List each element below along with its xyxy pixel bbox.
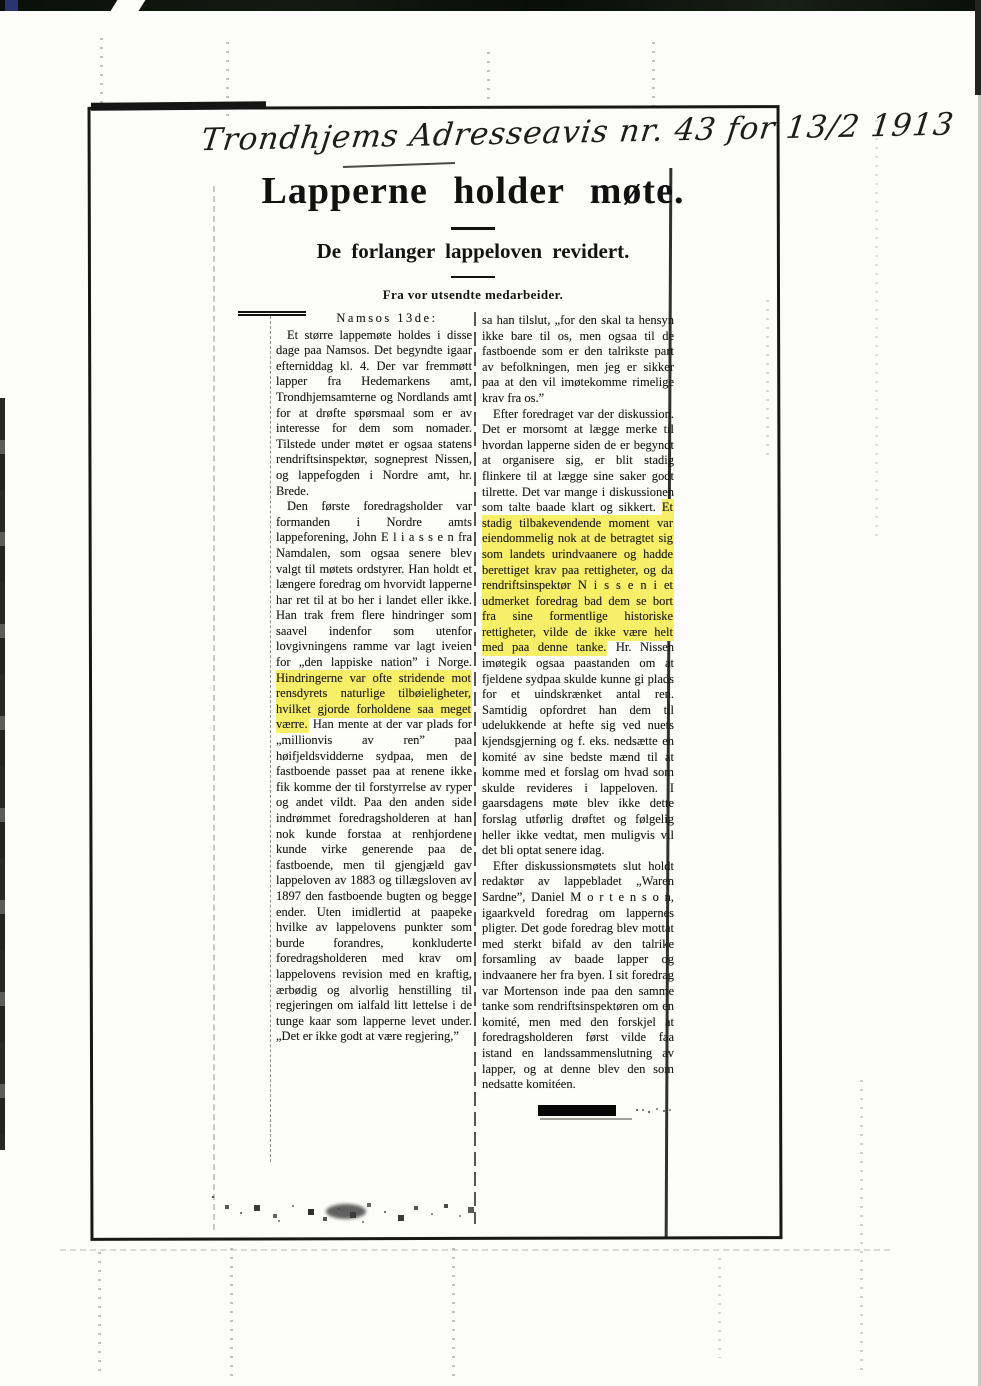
scan-dashed-line-bottom	[60, 1249, 890, 1251]
paragraph-text: Den første foredragsholder var formanden…	[276, 499, 472, 669]
scan-edge-bar-top	[0, 0, 981, 11]
article-column-right: sa han tilslut, „for den skal ta hensyn …	[482, 313, 674, 1123]
redaction-row	[538, 1105, 674, 1123]
scan-speckle-trail	[98, 1252, 101, 1377]
scan-speckle-trail	[718, 1258, 721, 1358]
scan-speckle-trail	[230, 1248, 233, 1380]
paragraph-text: Hr. Nissen imøtegik ogsaa paastanden om …	[482, 640, 674, 857]
paragraph-text: sa han tilslut, „for den skal ta hensyn …	[482, 313, 674, 405]
article-column-left: Namsos 13de: Et større lappemøte holdes …	[276, 311, 472, 1045]
divider-rule	[451, 276, 495, 278]
scan-speckle-trail	[875, 120, 878, 540]
paragraph-text: Han mente at der var plads for „millionv…	[276, 717, 472, 1043]
scan-ink-smudge	[326, 1204, 366, 1219]
scan-speckle-trail	[100, 38, 103, 110]
paragraph: Et større lappemøte holdes i disse dage …	[276, 328, 472, 500]
scan-edge-blue-chip	[5, 0, 18, 11]
scan-speckle	[636, 1109, 638, 1111]
paragraph-text: Efter foredraget var der diskussion. Det…	[482, 407, 674, 515]
byline: Fra vor utsendte medarbeider.	[238, 287, 708, 303]
scan-speckle-trail	[860, 1080, 863, 1370]
redaction-underline	[540, 1118, 632, 1120]
paragraph: sa han tilslut, „for den skal ta hensyn …	[482, 313, 674, 407]
column-divider-line	[474, 312, 476, 1224]
paragraph: Efter diskussionsmøtets slut holdt redak…	[482, 859, 674, 1093]
subheadline: De forlanger lappeloven revidert.	[238, 239, 708, 264]
paragraph: Efter foredraget var der diskussion. Det…	[482, 407, 674, 859]
paragraph: Den første foredragsholder var formanden…	[276, 499, 472, 1045]
scanned-newspaper-page: { "annotation": { "handwritten_title": "…	[0, 0, 981, 1386]
paragraph-text: Et større lappemøte holdes i disse dage …	[276, 328, 472, 498]
scan-speckle-trail	[652, 42, 655, 114]
redaction-bar	[538, 1105, 616, 1116]
scan-speckle-trail	[452, 1248, 455, 1378]
fold-line	[213, 186, 215, 1230]
paragraph-text: Efter diskussionsmøtets slut holdt redak…	[482, 859, 674, 1091]
scan-speckle-trail	[487, 52, 490, 110]
scan-noise-band	[212, 1196, 214, 1198]
divider-rule	[451, 227, 495, 230]
masthead: Lapperne holder møte. De forlanger lappe…	[238, 168, 708, 316]
column-edge-line-left	[270, 316, 271, 1162]
headline: Lapperne holder møte.	[238, 168, 708, 214]
scan-edge-marks-left	[0, 398, 5, 1150]
dateline: Namsos 13de:	[276, 311, 472, 327]
scan-corner-mark	[975, 0, 981, 95]
highlighted-passage: Et stadig tilbakevendende moment var eie…	[482, 499, 674, 656]
page-border-ink-blob	[91, 101, 266, 111]
